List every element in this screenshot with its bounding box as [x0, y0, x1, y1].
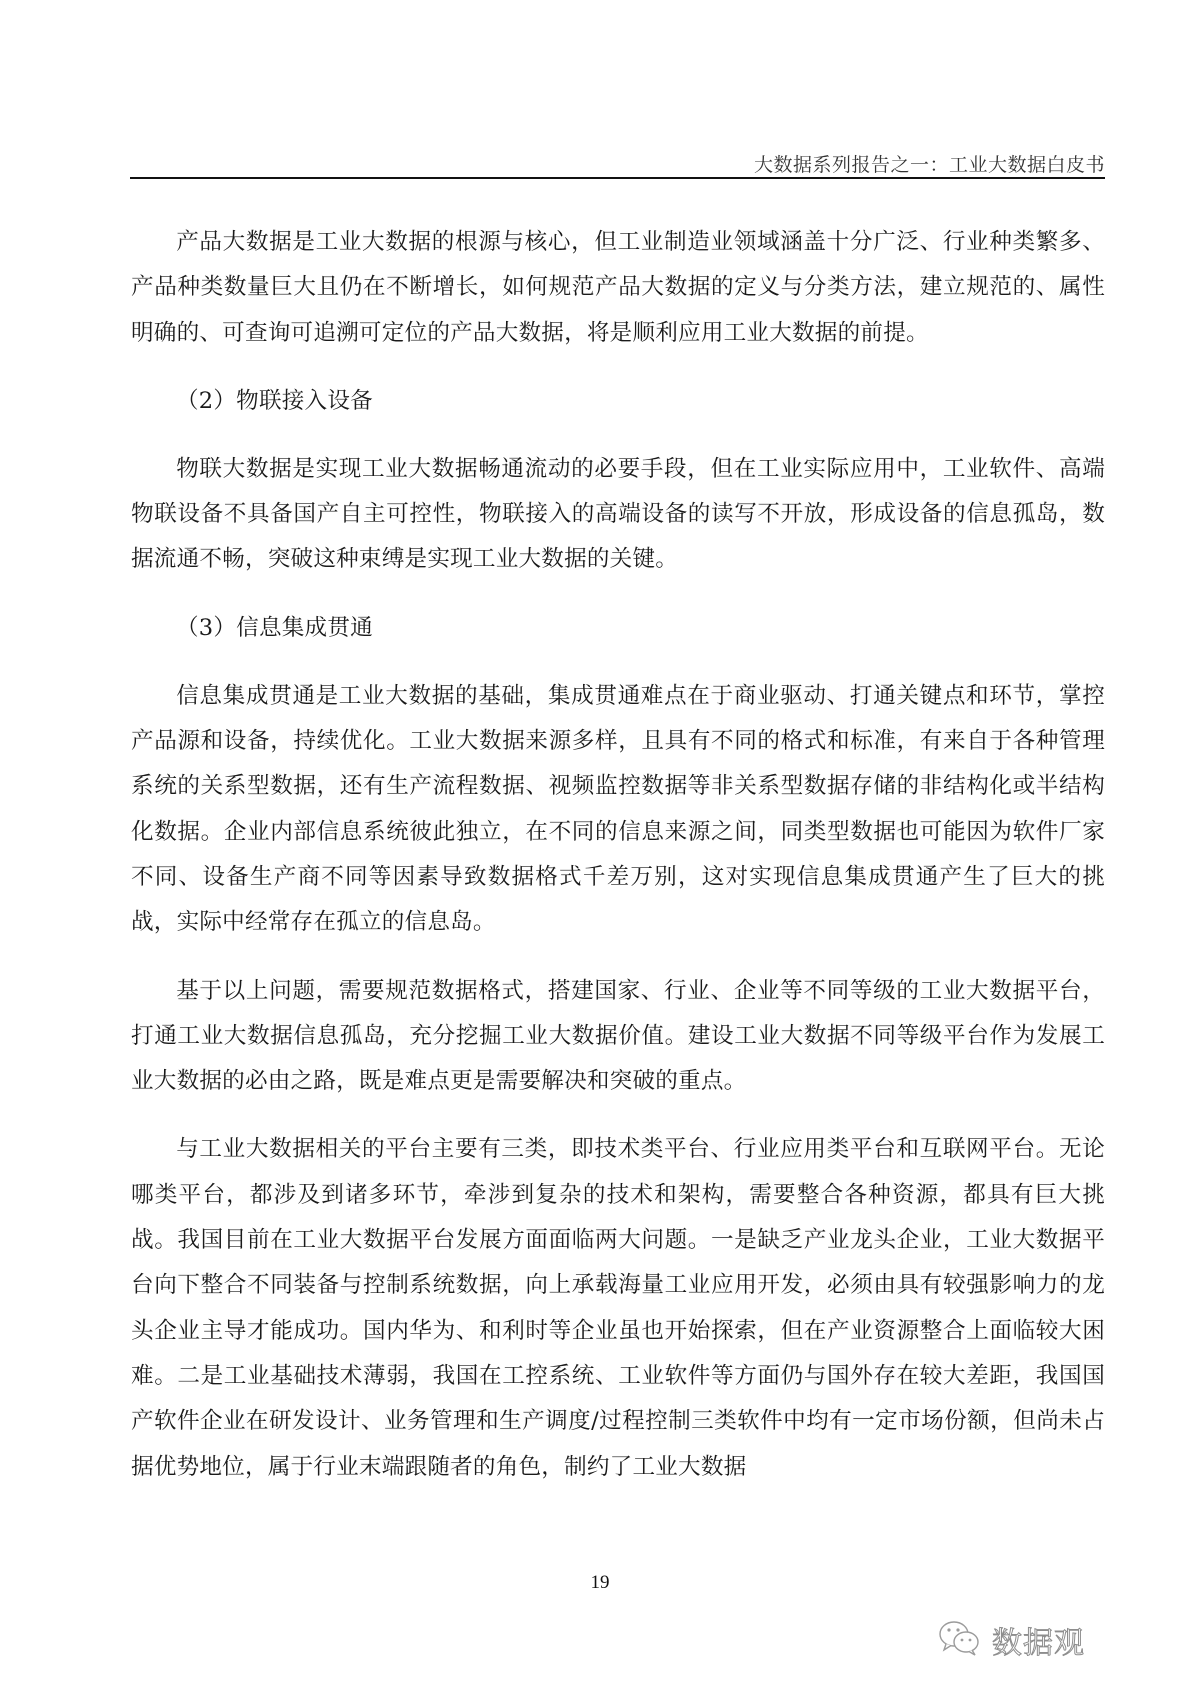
page-number: 19 [0, 1572, 1200, 1594]
section-heading-iot-access: （2）物联接入设备 [131, 379, 1105, 424]
paragraph-platform-need: 基于以上问题，需要规范数据格式，搭建国家、行业、企业等不同等级的工业大数据平台，… [131, 969, 1105, 1105]
paragraph-info-integration: 信息集成贯通是工业大数据的基础，集成贯通难点在于商业驱动、打通关键点和环节，掌控… [131, 674, 1105, 946]
header-divider [130, 177, 1105, 179]
paragraph-iot-big-data: 物联大数据是实现工业大数据畅通流动的必要手段，但在工业实际应用中，工业软件、高端… [131, 447, 1105, 583]
watermark: 数据观 [938, 1618, 1085, 1662]
paragraph-product-big-data: 产品大数据是工业大数据的根源与核心，但工业制造业领域涵盖十分广泛、行业种类繁多、… [131, 220, 1105, 356]
document-page: 大数据系列报告之一：工业大数据白皮书 产品大数据是工业大数据的根源与核心，但工业… [0, 0, 1200, 1696]
paragraph-platform-types: 与工业大数据相关的平台主要有三类，即技术类平台、行业应用类平台和互联网平台。无论… [131, 1127, 1105, 1489]
page-body: 产品大数据是工业大数据的根源与核心，但工业制造业领域涵盖十分广泛、行业种类繁多、… [131, 220, 1105, 1513]
section-heading-info-integration: （3）信息集成贯通 [131, 606, 1105, 651]
watermark-text: 数据观 [992, 1618, 1085, 1662]
wechat-icon [938, 1619, 982, 1661]
running-header-title: 大数据系列报告之一：工业大数据白皮书 [754, 150, 1105, 177]
